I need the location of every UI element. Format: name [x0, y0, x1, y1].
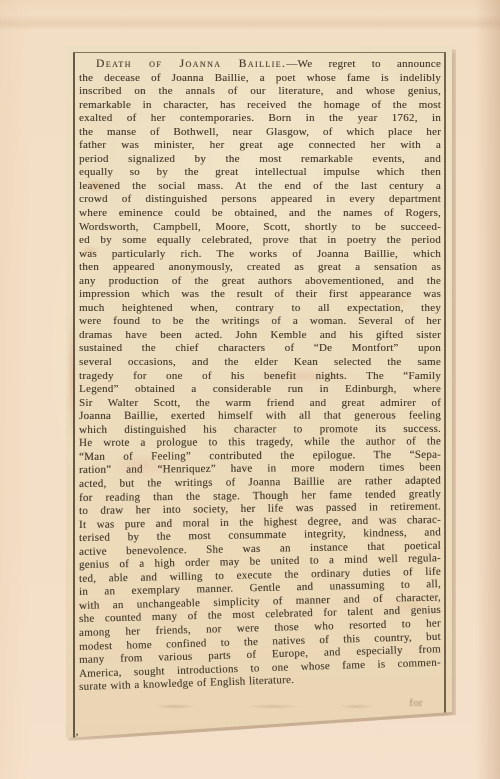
article-text-line: remarkable in character, has received th…	[79, 99, 441, 113]
article-text-line: sustained the chief characters of “De Mo…	[79, 342, 441, 356]
article-text-line: inscribed on the annals of our literatur…	[79, 85, 441, 99]
cutoff-ghost-line: for	[79, 699, 441, 711]
article-text-line: Sir Walter Scott, the warm friend and gr…	[79, 397, 441, 411]
article-text-line: was particularly rich. The works of Joan…	[79, 248, 441, 262]
article-text-line: Legend” obtained a considerable run in E…	[79, 383, 441, 397]
article-text-line: Wordsworth, Campbell, Moore, Scott, shor…	[79, 221, 441, 235]
article-text-line: father was minister, her great age conne…	[79, 139, 441, 153]
article-text-line: leavened the social mass. At the end of …	[79, 180, 441, 194]
article-heading-line: Death of Joanna Baillie.—We regret to an…	[79, 58, 441, 72]
article-text-line: the decease of Joanna Baillie, a poet wh…	[79, 72, 441, 86]
article-text-line: crowd of distinguished persons appeared …	[79, 193, 441, 207]
article-text-line: much heightened when, contrary to all ex…	[79, 302, 441, 316]
article-text-line: equally so by the great intellectual imp…	[79, 166, 441, 180]
stray-ink-mark: ʼ	[73, 733, 79, 744]
article-text-line: Joanna Baillie, exerted himself with all…	[79, 410, 441, 424]
article-text-line: exalted of her contemporaries. Born in t…	[79, 112, 441, 126]
ghost-smudge	[119, 704, 399, 709]
article-title: Death of Joanna Baillie.	[96, 58, 286, 70]
article-text-line: were found to be the writings of a woman…	[79, 315, 441, 329]
article-text-line: any production of the great authors abov…	[79, 275, 441, 289]
newspaper-clipping: Death of Joanna Baillie.—We regret to an…	[66, 46, 452, 738]
article-text-line: dramas have been acted. John Kemble and …	[79, 329, 441, 343]
article-text-line: tragedy for one of his benefit nights. T…	[79, 370, 441, 384]
book-page: Death of Joanna Baillie.—We regret to an…	[0, 0, 500, 779]
article-text-line: the manse of Bothwell, near Glasgow, of …	[79, 126, 441, 140]
article-text-line: several occasions, and the elder Kean se…	[79, 356, 441, 370]
article-body-lines: the decease of Joanna Baillie, a poet wh…	[79, 72, 441, 695]
article-text-line: ed by some equally celebrated, prove tha…	[79, 234, 441, 248]
ghost-word: for	[409, 697, 423, 709]
article-text-line: impression which was the result of their…	[79, 288, 441, 302]
article-text-line: where eminence could be obtained, and th…	[79, 207, 441, 221]
article-text-line: period signalized by the most remarkable…	[79, 153, 441, 167]
article-text-column: Death of Joanna Baillie.—We regret to an…	[79, 58, 441, 695]
article-heading-rest: —We regret to announce	[286, 58, 441, 70]
article-text-line: then appeared anonymously, created as gr…	[79, 261, 441, 275]
